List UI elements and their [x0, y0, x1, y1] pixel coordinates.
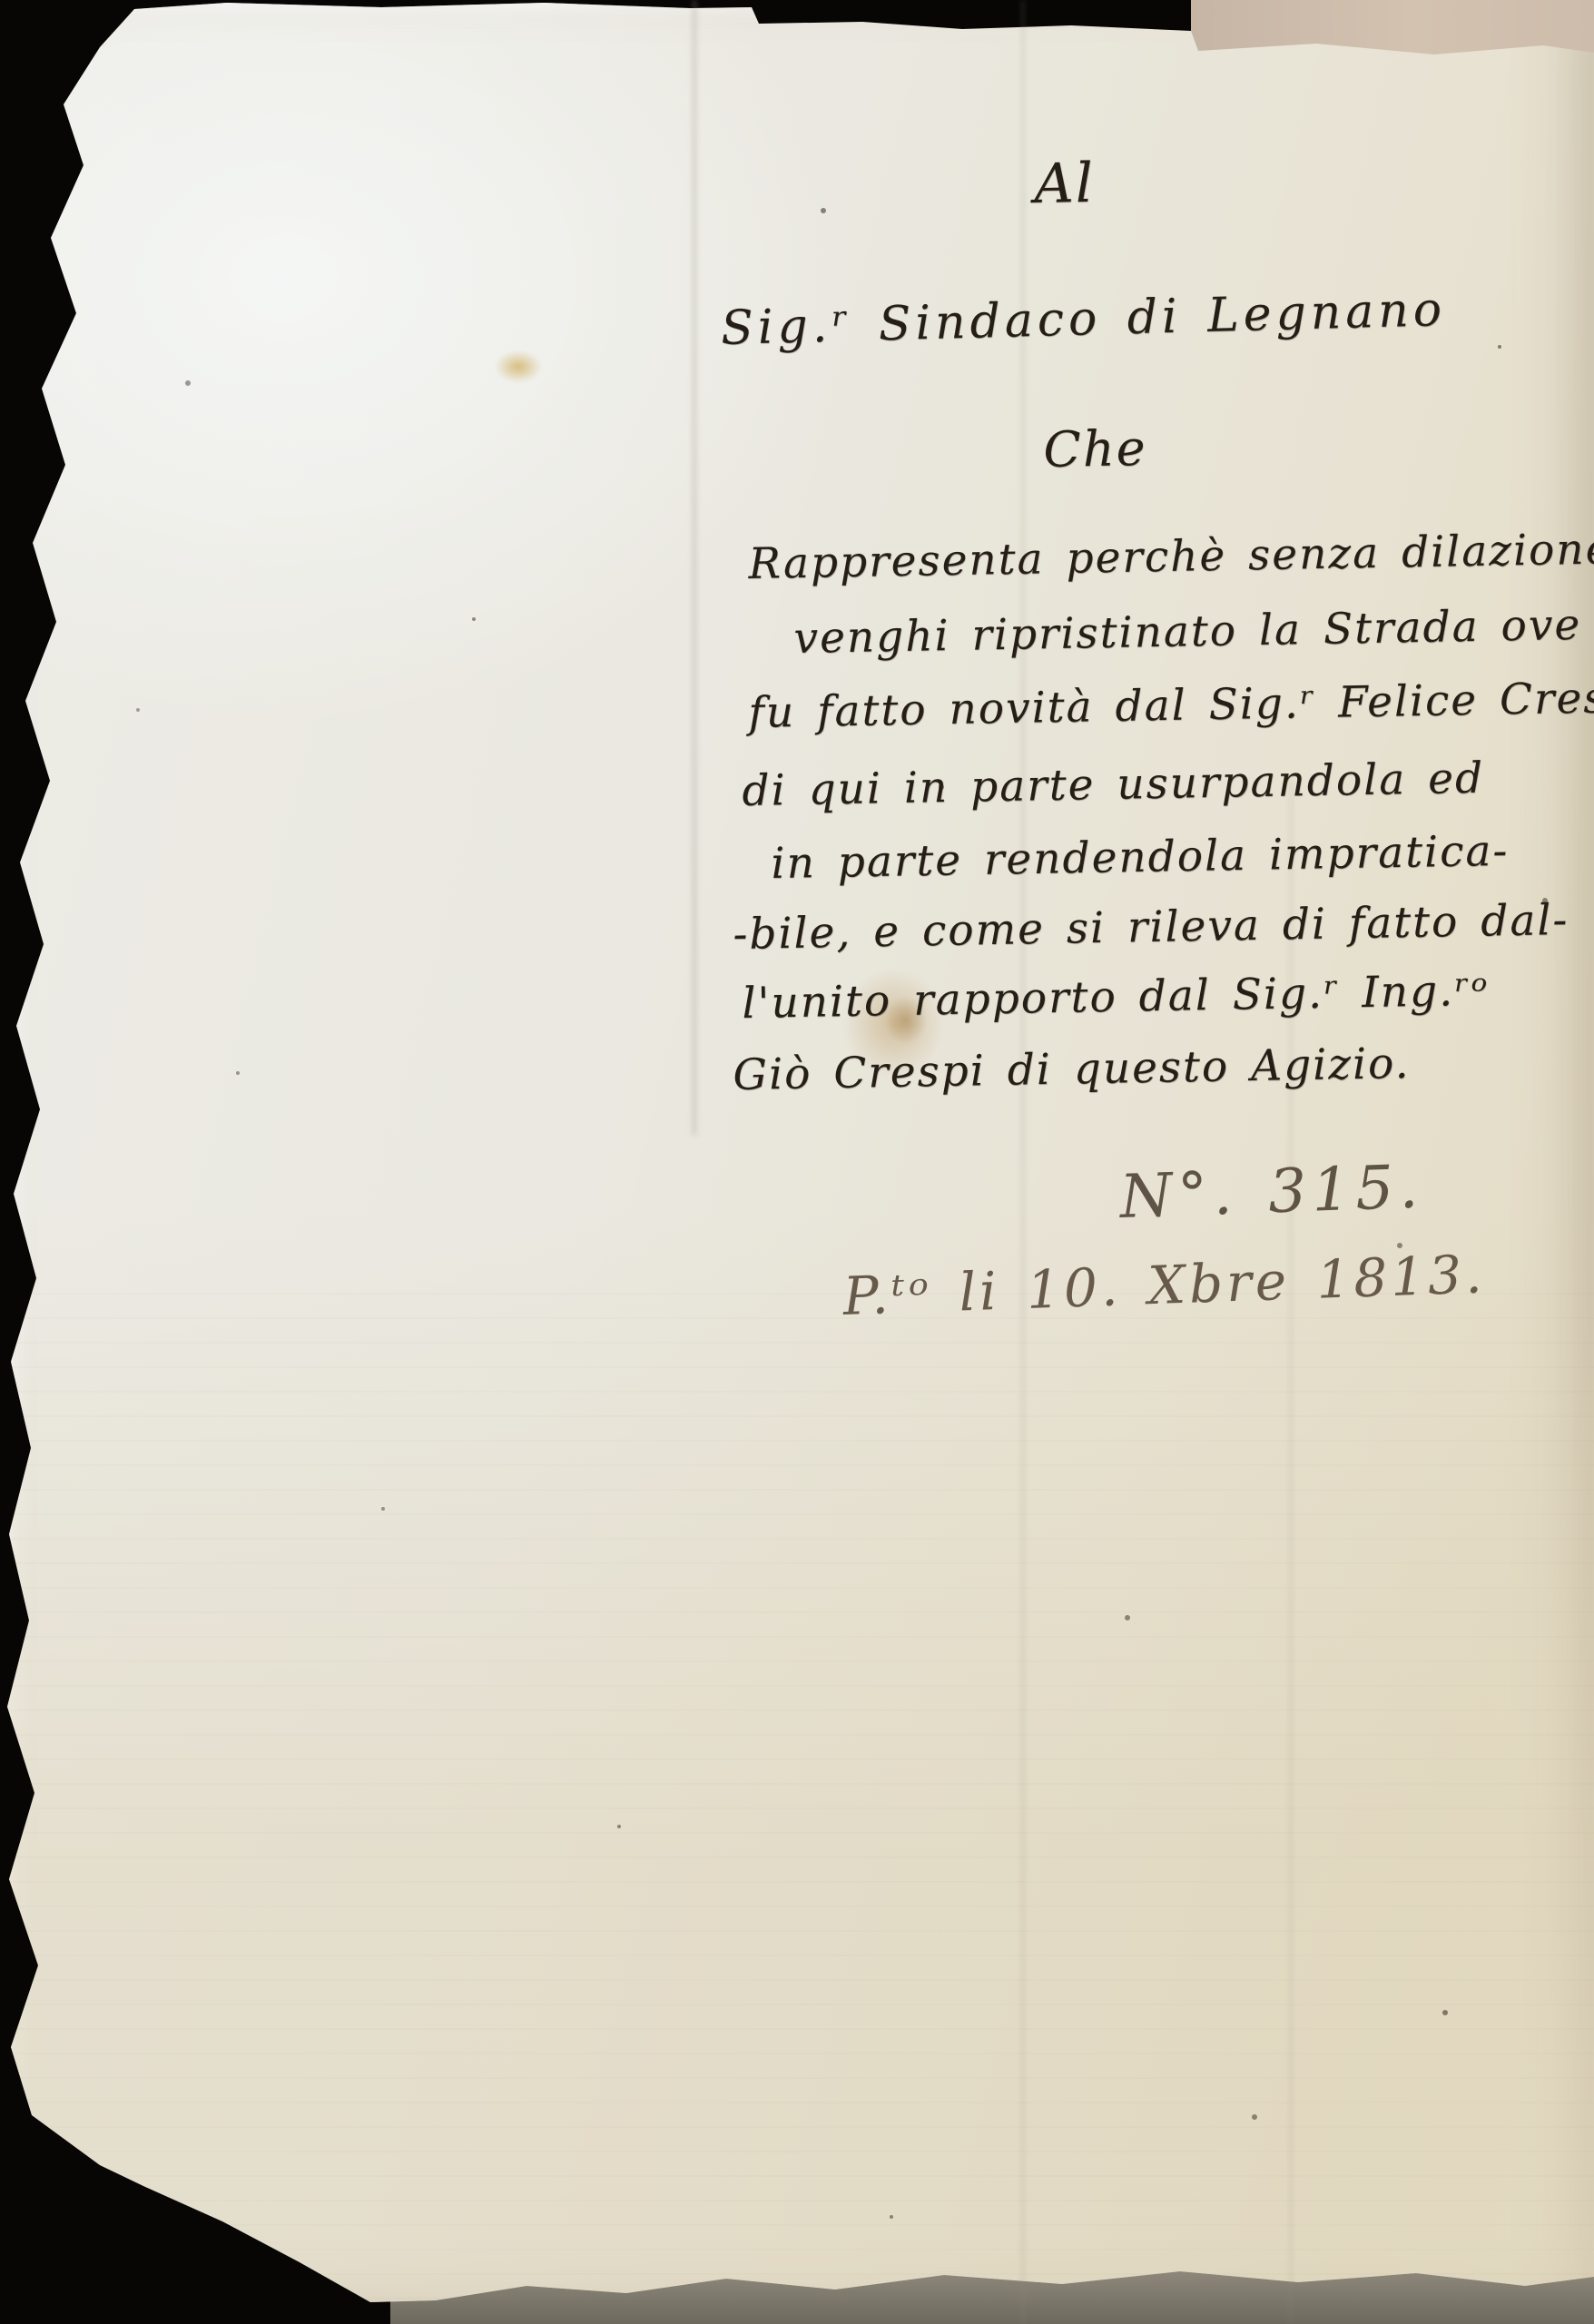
paper-crease — [693, 0, 696, 1135]
paper-stain — [495, 350, 542, 383]
heading-addressee-al: Al — [1034, 152, 1096, 216]
paper-crease — [1021, 0, 1025, 2324]
protocol-number: N°. 315. — [1118, 1151, 1424, 1232]
heading-che: Che — [1043, 419, 1147, 478]
ink-specks — [0, 0, 4, 4]
scanned-document-page: Al Sig.ʳ Sindaco di Legnano Che Rapprese… — [0, 0, 1594, 2324]
